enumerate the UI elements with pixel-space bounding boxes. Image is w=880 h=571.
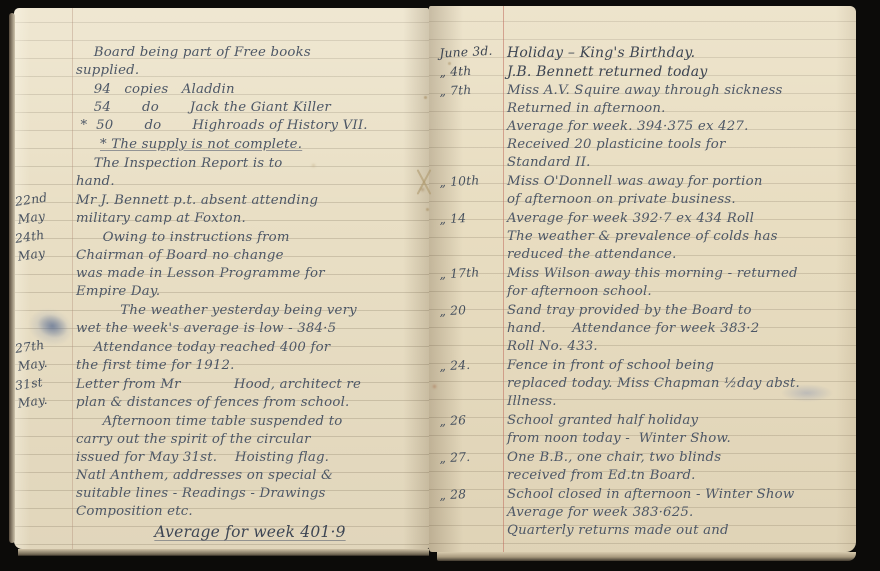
right-page-content: June 3d. Holiday – King's Birthday. „ 4t… [507, 44, 852, 552]
entry-text: Miss O'Donnell was away for portion of a… [507, 173, 852, 209]
entry-text: Sand tray provided by the Board to hand.… [507, 302, 852, 356]
log-entry: Board being part of Free books supplied. [76, 44, 424, 80]
log-entry: „ 4th J.B. Bennett returned today [507, 63, 852, 81]
entry-text: Mr J. Bennett p.t. absent attending mili… [76, 192, 424, 228]
left-margin-line [72, 8, 73, 549]
notebook-scan: Board being part of Free books supplied.… [0, 0, 880, 571]
log-entry: The Inspection Report is to hand. [76, 155, 424, 191]
binding-stitch [416, 168, 432, 196]
entry-date: „ 14 [429, 207, 504, 229]
log-entry: The weather yesterday being very wet the… [76, 302, 424, 338]
left-page: Board being part of Free books supplied.… [14, 8, 429, 549]
log-entry: Afternoon time table suspended to carry … [76, 413, 424, 521]
entry-text: Afternoon time table suspended to carry … [76, 413, 424, 521]
log-entry: 31st May. Letter from Mr Hood, architect… [76, 376, 424, 412]
entry-date: „ 17th [429, 262, 504, 284]
entry-text: J.B. Bennett returned today [507, 63, 852, 81]
entry-date: „ 26 [429, 409, 504, 431]
entry-text: Miss Wilson away this morning - returned… [507, 265, 852, 301]
entry-date: „ 24. [429, 354, 504, 376]
left-page-content: Board being part of Free books supplied.… [76, 44, 424, 549]
entry-text: The Inspection Report is to hand. [76, 155, 424, 191]
entry-text: Miss A.V. Squire away through sickness R… [507, 82, 852, 172]
entry-date: „ 20 [429, 299, 504, 321]
entry-date: 24th May [14, 222, 76, 266]
entry-text: Average for week 392·7 ex 434 Roll The w… [507, 210, 852, 264]
entry-text: Board being part of Free books supplied. [76, 44, 424, 80]
paper-specks [0, 0, 3, 3]
log-entry: „ 28 School closed in afternoon - Winter… [507, 486, 852, 540]
log-entry: * The supply is not complete. [100, 136, 424, 154]
log-entry: 24th May Owing to instructions from Chai… [76, 229, 424, 301]
entry-date: „ 28 [429, 483, 504, 505]
entry-text: Letter from Mr Hood, architect re plan &… [76, 376, 424, 412]
weekly-average-note: Average for week 401·9 [76, 523, 424, 541]
entry-date: 31st May. [14, 369, 76, 413]
entry-date: „ 10th [429, 170, 504, 192]
entry-text: The weather yesterday being very wet the… [76, 302, 424, 338]
left-page-edge [9, 13, 15, 543]
entry-date [14, 148, 71, 156]
entry-text: School granted half holiday from noon to… [507, 412, 852, 448]
entry-text: * The supply is not complete. [100, 136, 424, 154]
blue-pencil-smudge [781, 384, 833, 402]
bottom-right-page-edge [437, 552, 856, 561]
log-entry: „ 27. One B.B., one chair, two blinds re… [507, 449, 852, 485]
entry-date [14, 74, 71, 82]
bottom-left-page-edge [18, 549, 429, 556]
entry-text: Holiday – King's Birthday. [507, 44, 852, 62]
entry-text: Average for week 401·9 [76, 523, 424, 541]
entry-text: Owing to instructions from Chairman of B… [76, 229, 424, 301]
log-entry: June 3d. Holiday – King's Birthday. [507, 44, 852, 62]
log-entry: „ 17th Miss Wilson away this morning - r… [507, 265, 852, 301]
entry-text: School closed in afternoon - Winter Show… [507, 486, 852, 540]
log-entry: „ 7th Miss A.V. Squire away through sick… [507, 82, 852, 172]
log-entry: 27th May. Attendance today reached 400 f… [76, 339, 424, 375]
log-entry: „ 20 Sand tray provided by the Board to … [507, 302, 852, 356]
log-entry: „ 10th Miss O'Donnell was away for porti… [507, 173, 852, 209]
entry-date: „ 27. [429, 446, 504, 468]
entry-date: „ 7th [429, 79, 504, 101]
entry-text: One B.B., one chair, two blinds received… [507, 449, 852, 485]
log-entry: „ 26 School granted half holiday from no… [507, 412, 852, 448]
entry-text: 94 copies Aladdin 54 do Jack the Giant K… [76, 81, 424, 135]
entry-text: Attendance today reached 400 for the fir… [76, 339, 424, 375]
entry-date [14, 516, 71, 524]
right-page: June 3d. Holiday – King's Birthday. „ 4t… [429, 6, 856, 552]
entry-date [14, 37, 71, 45]
log-entry: 22nd May Mr J. Bennett p.t. absent atten… [76, 192, 424, 228]
log-entry: 94 copies Aladdin 54 do Jack the Giant K… [76, 81, 424, 135]
log-entry: „ 14 Average for week 392·7 ex 434 Roll … [507, 210, 852, 264]
